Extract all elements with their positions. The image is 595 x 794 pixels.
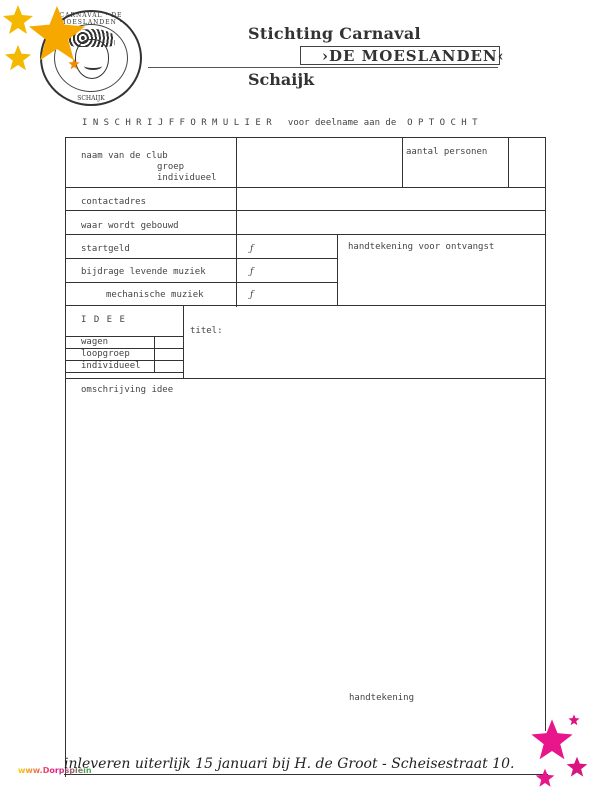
mechanical-music-label: mechanische muziek (106, 290, 204, 301)
org-name-line3: Schaijk (248, 70, 314, 89)
build-location-field[interactable] (238, 212, 544, 233)
star-icon (26, 4, 88, 64)
description-field[interactable] (67, 398, 544, 683)
club-name-label: naam van de club (81, 151, 168, 162)
idea-option-individual: individueel (81, 361, 141, 372)
star-icon (68, 58, 80, 70)
entry-fee-field[interactable] (262, 236, 336, 257)
title-label: titel: (190, 326, 223, 337)
walking-group-checkbox[interactable] (156, 349, 182, 359)
guilder-symbol: ƒ (250, 267, 253, 278)
signature-label: handtekening (349, 693, 414, 704)
live-music-field[interactable] (262, 260, 336, 281)
contact-address-label: contactadres (81, 197, 146, 208)
star-icon (566, 756, 588, 778)
idea-option-walking-group: loopgroep (81, 349, 130, 360)
star-icon (568, 714, 580, 726)
footer-underline (64, 774, 548, 775)
entry-fee-label: startgeld (81, 244, 130, 255)
build-location-label: waar wordt gebouwd (81, 221, 179, 232)
description-label: omschrijving idee (81, 385, 173, 396)
group-label: groep (157, 162, 184, 173)
club-name-field[interactable] (238, 139, 401, 186)
individual-label: individueel (157, 173, 217, 184)
star-icon (4, 44, 32, 72)
form-title: I N S C H R I J F F O R M U L I E R voor… (82, 118, 478, 128)
receipt-signature-label: handtekening voor ontvangst (348, 242, 494, 253)
mechanical-music-field[interactable] (262, 284, 336, 304)
guilder-symbol: ƒ (250, 290, 253, 301)
receipt-signature-field[interactable] (339, 256, 544, 304)
seal-bottom-text: SCHAIJK (42, 95, 140, 102)
idea-option-wagon: wagen (81, 337, 108, 348)
guilder-symbol: ƒ (250, 244, 253, 255)
dorpsplein-logo: www.Dorpsplein (18, 758, 82, 772)
wagon-checkbox[interactable] (156, 337, 182, 347)
participant-count-label: aantal personen (406, 147, 487, 158)
live-music-label: bijdrage levende muziek (81, 267, 206, 278)
header-divider (148, 67, 498, 68)
idea-label: I D E E (81, 315, 126, 326)
star-icon (535, 768, 555, 788)
org-name-line2: ›DE MOESLANDEN‹ (322, 47, 505, 65)
participant-count-field[interactable] (510, 139, 544, 186)
contact-address-field[interactable] (238, 189, 544, 209)
logo-text: www.Dorpsplein (18, 766, 92, 775)
submission-note: inleveren uiterlijk 15 januari bij H. de… (64, 756, 514, 772)
signature-field[interactable] (340, 706, 540, 746)
org-name-line1: Stichting Carnaval (248, 24, 421, 43)
title-field[interactable] (230, 308, 544, 376)
individual-checkbox[interactable] (156, 361, 182, 371)
